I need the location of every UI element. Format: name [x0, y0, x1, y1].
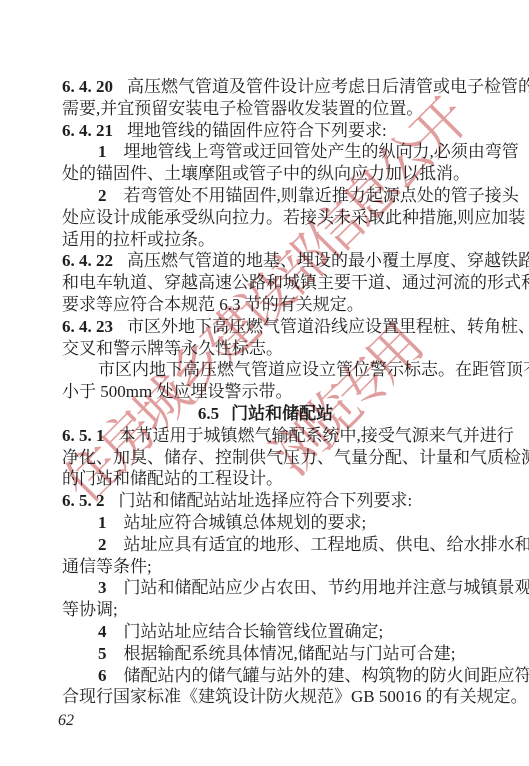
line-text: 若弯管处不用锚固件,则靠近推力起源点处的管子接头: [124, 186, 519, 205]
line-text: 门站和储配站: [231, 404, 333, 423]
text-line: 6. 4. 23市区外地下高压燃气管道沿线应设置里程桩、转角桩、: [62, 316, 469, 338]
line-text: 储配站内的储气罐与站外的建、构筑物的防火间距应符: [124, 666, 529, 685]
line-text: 市区外地下高压燃气管道沿线应设置里程桩、转角桩、: [127, 317, 529, 336]
text-line: 需要,并宜预留安装电子检管器收发装置的位置。: [62, 98, 469, 120]
text-line: 等协调;: [62, 599, 469, 621]
item-number: 2: [98, 535, 107, 554]
text-line: 6. 5. 1本节适用于城镇燃气输配系统中,接受气源来气并进行: [62, 425, 469, 447]
line-text: 市区内地下高压燃气管道应设立管位警示标志。在距管顶不: [98, 360, 529, 379]
page-number: 62: [58, 712, 74, 730]
line-text: 交叉和警示牌等永久性标志。: [62, 339, 283, 358]
text-line: 市区内地下高压燃气管道应设立管位警示标志。在距管顶不: [62, 359, 469, 381]
line-text: 高压燃气管道及管件设计应考虑日后清管或电子检管的: [127, 77, 529, 96]
line-text: 需要,并宜预留安装电子检管器收发装置的位置。: [62, 99, 423, 118]
line-text: 要求等应符合本规范 6.3 节的有关规定。: [62, 295, 364, 314]
line-text: 高压燃气管道的地基、埋设的最小覆土厚度、穿越铁路: [127, 251, 529, 270]
item-number: 6: [98, 666, 107, 685]
line-text: 站址应符合城镇总体规划的要求;: [124, 513, 367, 532]
item-number: 1: [98, 142, 107, 161]
clause-number: 6. 5. 1: [62, 426, 105, 445]
clause-number: 6. 4. 23: [62, 317, 113, 336]
text-line: 小于 500mm 处应埋设警示带。: [62, 381, 469, 403]
document-page: 住房城乡建设部信息公开 浏览专用 6. 4. 20高压燃气管道及管件设计应考虑日…: [0, 0, 529, 766]
text-line: 的门站和储配站的工程设计。: [62, 468, 469, 490]
item-number: 1: [98, 513, 107, 532]
clause-number: 6. 4. 20: [62, 77, 113, 96]
text-line: 4门站站址应结合长输管线位置确定;: [62, 621, 469, 643]
line-text: 等协调;: [62, 600, 118, 619]
line-text: 本节适用于城镇燃气输配系统中,接受气源来气并进行: [119, 426, 514, 445]
line-text: 门站站址应结合长输管线位置确定;: [124, 622, 384, 641]
item-number: 2: [98, 186, 107, 205]
line-text: 处应设计成能承受纵向拉力。若接头未采取此种措施,则应加装: [62, 208, 525, 227]
clause-number: 6. 4. 21: [62, 121, 113, 140]
text-line: 6. 5. 2门站和储配站站址选择应符合下列要求:: [62, 490, 469, 512]
text-line: 2若弯管处不用锚固件,则靠近推力起源点处的管子接头: [62, 185, 469, 207]
line-text: 净化、加臭、储存、控制供气压力、气量分配、计量和气质检测: [62, 448, 529, 467]
clause-number: 6. 5. 2: [62, 491, 105, 510]
line-text: 根据输配系统具体情况,储配站与门站可合建;: [124, 644, 456, 663]
item-number: 4: [98, 622, 107, 641]
text-line: 处的锚固件、土壤摩阻或管子中的纵向应力加以抵消。: [62, 163, 469, 185]
text-line: 2站址应具有适宜的地形、工程地质、供电、给水排水和: [62, 534, 469, 556]
text-line: 1埋地管线上弯管或迂回管处产生的纵向力,必须由弯管: [62, 141, 469, 163]
text-column: 6. 4. 20高压燃气管道及管件设计应考虑日后清管或电子检管的需要,并宜预留安…: [62, 76, 469, 708]
line-text: 通信等条件;: [62, 557, 152, 576]
text-line: 净化、加臭、储存、控制供气压力、气量分配、计量和气质检测: [62, 447, 469, 469]
text-line: 交叉和警示牌等永久性标志。: [62, 338, 469, 360]
line-text: 处的锚固件、土壤摩阻或管子中的纵向应力加以抵消。: [62, 164, 470, 183]
line-text: 埋地管线的锚固件应符合下列要求:: [127, 121, 387, 140]
line-text: 适用的拉杆或拉条。: [62, 230, 215, 249]
section-heading: 6.5门站和储配站: [62, 403, 469, 425]
line-text: 埋地管线上弯管或迂回管处产生的纵向力,必须由弯管: [124, 142, 519, 161]
text-line: 6. 4. 21埋地管线的锚固件应符合下列要求:: [62, 120, 469, 142]
text-line: 合现行国家标准《建筑设计防火规范》GB 50016 的有关规定。: [62, 686, 469, 708]
text-line: 6. 4. 20高压燃气管道及管件设计应考虑日后清管或电子检管的: [62, 76, 469, 98]
line-text: 的门站和储配站的工程设计。: [62, 469, 283, 488]
line-text: 门站和储配站应少占农田、节约用地并注意与城镇景观: [124, 578, 529, 597]
heading-number: 6.5: [198, 404, 219, 423]
text-line: 3门站和储配站应少占农田、节约用地并注意与城镇景观: [62, 577, 469, 599]
item-number: 5: [98, 644, 107, 663]
text-line: 6储配站内的储气罐与站外的建、构筑物的防火间距应符: [62, 665, 469, 687]
text-line: 处应设计成能承受纵向拉力。若接头未采取此种措施,则应加装: [62, 207, 469, 229]
text-line: 5根据输配系统具体情况,储配站与门站可合建;: [62, 643, 469, 665]
line-text: 门站和储配站站址选择应符合下列要求:: [119, 491, 413, 510]
text-line: 适用的拉杆或拉条。: [62, 229, 469, 251]
clause-number: 6. 4. 22: [62, 251, 113, 270]
line-text: 和电车轨道、穿越高速公路和城镇主要干道、通过河流的形式和: [62, 273, 529, 292]
line-text: 合现行国家标准《建筑设计防火规范》GB 50016 的有关规定。: [62, 687, 528, 706]
item-number: 3: [98, 578, 107, 597]
text-line: 通信等条件;: [62, 556, 469, 578]
text-line: 要求等应符合本规范 6.3 节的有关规定。: [62, 294, 469, 316]
text-line: 和电车轨道、穿越高速公路和城镇主要干道、通过河流的形式和: [62, 272, 469, 294]
line-text: 站址应具有适宜的地形、工程地质、供电、给水排水和: [124, 535, 529, 554]
line-text: 小于 500mm 处应埋设警示带。: [62, 382, 292, 401]
text-line: 1站址应符合城镇总体规划的要求;: [62, 512, 469, 534]
text-line: 6. 4. 22高压燃气管道的地基、埋设的最小覆土厚度、穿越铁路: [62, 250, 469, 272]
